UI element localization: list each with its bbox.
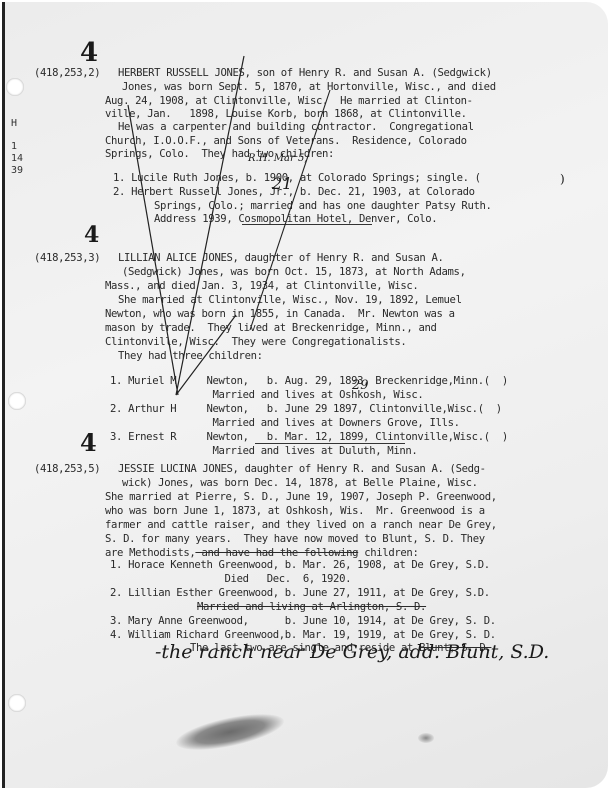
child-item: Married and lives at Oshkosh, Wisc. bbox=[110, 389, 423, 402]
entry-line: Mass., and died Jan. 3, 1934, at Clinton… bbox=[105, 280, 418, 293]
child-item: 2. Arthur H Newton, b. June 29 1897, Cli… bbox=[110, 403, 502, 416]
entry-line: JESSIE LUCINA JONES, daughter of Henry R… bbox=[118, 463, 486, 476]
handwritten-mark: 4 bbox=[84, 222, 99, 248]
section-divider bbox=[255, 443, 405, 444]
paper-stain bbox=[418, 733, 434, 743]
entry-line: (Sedgwick) Jones, was born Oct. 15, 1873… bbox=[122, 266, 466, 279]
entry-ref: (418,253,2) bbox=[34, 67, 100, 80]
section-divider bbox=[242, 224, 372, 225]
child-item: Married and lives at Downers Grove, Ills… bbox=[110, 417, 460, 430]
entry-ref: (418,253,5) bbox=[34, 463, 100, 476]
margin-note: 39 bbox=[11, 165, 23, 177]
child-item: 2. Lillian Esther Greenwood, b. June 27,… bbox=[110, 587, 490, 600]
child-item: Died Dec. 6, 1920. bbox=[110, 573, 351, 586]
entry-line: She married at Pierre, S. D., June 19, 1… bbox=[105, 491, 497, 504]
entry-line: who was born June 1, 1873, at Oshkosh, W… bbox=[105, 505, 485, 518]
margin-note: 14 bbox=[11, 153, 23, 165]
entry-line: Newton, who was born in 1855, in Canada.… bbox=[105, 308, 455, 321]
entry-line: Jones, was born Sept. 5, 1870, at Horton… bbox=[122, 81, 496, 94]
handwritten-mark: 4 bbox=[80, 428, 97, 457]
entry-line: She married at Clintonville, Wisc., Nov.… bbox=[118, 294, 462, 307]
entry-line: Clintonville, Wisc. They were Congregati… bbox=[105, 336, 406, 349]
entry-line: LILLIAN ALICE JONES, daughter of Henry R… bbox=[118, 252, 444, 265]
handwritten-closing-note: -the ranch near De Grey, add. Blunt, S.D… bbox=[155, 641, 549, 663]
struck-line: Married and living at Arlington, S. D. bbox=[197, 601, 426, 614]
entry-line: S. D. for many years. They have now move… bbox=[105, 533, 485, 546]
handwritten-note: R.H. Mar 5, bbox=[248, 153, 308, 164]
child-item: 1. Horace Kenneth Greenwood, b. Mar. 26,… bbox=[110, 559, 490, 572]
handwritten-note: 21 bbox=[272, 174, 292, 193]
entry-line: wick) Jones, was born Dec. 14, 1878, at … bbox=[122, 477, 478, 490]
entry-line: Church, I.O.O.F., and Sons of Veterans. … bbox=[105, 135, 467, 148]
punch-hole bbox=[8, 392, 26, 410]
entry-ref: (418,253,3) bbox=[34, 252, 100, 265]
entry-line: ville, Jan. 1898, Louise Korb, born 1868… bbox=[105, 108, 467, 121]
handwritten-note: 29 bbox=[352, 378, 369, 393]
handwritten-mark: 4 bbox=[80, 38, 98, 68]
margin-note: H bbox=[11, 118, 17, 130]
entry-line: farmer and cattle raiser, and they lived… bbox=[105, 519, 497, 532]
child-item: 1. Muriel M Newton, b. Aug. 29, 1893, Br… bbox=[110, 375, 508, 388]
entry-line: mason by trade. They lived at Breckenrid… bbox=[105, 322, 437, 335]
child-item: 2. Herbert Russell Jones, Jr., b. Dec. 2… bbox=[113, 186, 475, 199]
child-item: Springs, Colo.; married and has one daug… bbox=[154, 200, 492, 213]
entry-line: Aug. 24, 1908, at Clintonville, Wisc. He… bbox=[105, 95, 473, 108]
child-item: 3. Mary Anne Greenwood, b. June 10, 1914… bbox=[110, 615, 496, 628]
entry-line: They had three children: bbox=[118, 350, 263, 363]
punch-hole bbox=[6, 78, 24, 96]
punch-hole bbox=[8, 694, 26, 712]
child-item: Married and lives at Duluth, Minn. bbox=[110, 445, 417, 458]
child-item: 1. Lucile Ruth Jones, b. 1900, at Colora… bbox=[113, 172, 481, 185]
handwritten-bracket: ) bbox=[560, 172, 565, 186]
entry-line: He was a carpenter and building contract… bbox=[118, 121, 474, 134]
margin-note: 1 bbox=[11, 141, 17, 153]
entry-line: HERBERT RUSSELL JONES, son of Henry R. a… bbox=[118, 67, 492, 80]
